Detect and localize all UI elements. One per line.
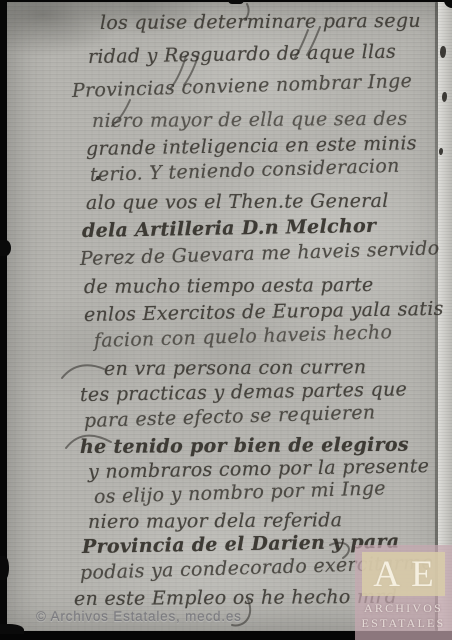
scan-edge-top xyxy=(0,0,452,2)
copyright-watermark: © Archivos Estatales, mecd.es xyxy=(36,609,242,624)
scan-edge-blob xyxy=(0,624,24,634)
logo-letter-e: E xyxy=(411,556,434,593)
logo-words: ARCHIVOS ESTATALES xyxy=(355,601,452,630)
scan-edge-left xyxy=(0,0,7,640)
manuscript-scan: los quise determinare para segu ridad y … xyxy=(0,0,452,640)
logo-word-estatales: ESTATALES xyxy=(355,616,452,631)
logo-letter-a: A xyxy=(373,556,400,593)
scan-edge-blob xyxy=(0,240,11,256)
logo-monogram-box: A E xyxy=(362,552,445,596)
scan-edge-blob xyxy=(0,556,9,580)
scan-edge-blob xyxy=(228,0,244,4)
archivos-estatales-logo: A E ARCHIVOS ESTATALES xyxy=(355,545,452,640)
logo-word-archivos: ARCHIVOS xyxy=(355,601,452,616)
ink-flourishes xyxy=(0,0,452,640)
